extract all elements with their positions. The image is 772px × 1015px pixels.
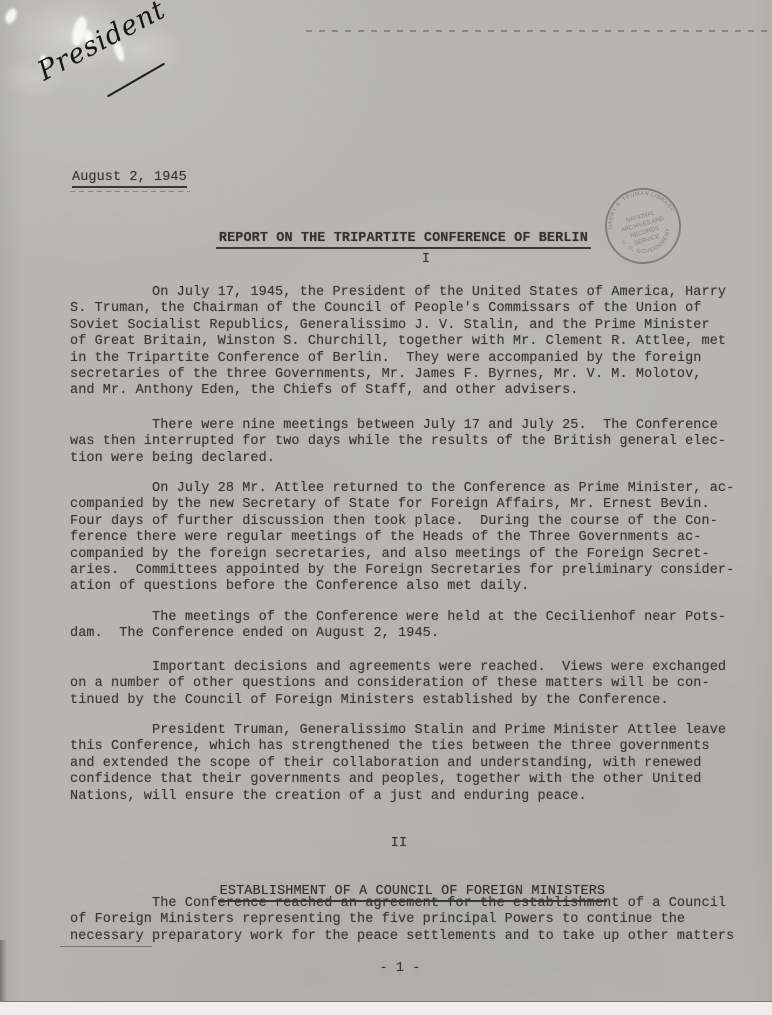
fold-crease-line [306,30,768,32]
paper-edge-shadow [0,940,7,1001]
document-date-wrap: August 2, 1945 [72,170,187,186]
section-numeral-1: I [40,252,772,268]
page-number: - 1 - [14,961,772,977]
section-numeral-2: II [13,836,772,852]
paragraph: Important decisions and agreements were … [70,660,750,709]
paragraph: There were nine meetings between July 17… [70,418,750,467]
paragraph: President Truman, Generalissimo Stalin a… [70,723,750,805]
paragraph: On July 28 Mr. Attlee returned to the Co… [70,481,750,596]
document-page: President HARRY S. TRUMAN LIBRARY U. S. … [0,0,772,1002]
stray-underline-mark [60,946,152,947]
document-date: August 2, 1945 [72,170,187,188]
paragraph: On July 17, 1945, the President of the U… [70,285,750,400]
document-title: REPORT ON THE TRIPARTITE CONFERENCE OF B… [216,231,591,249]
scanned-document: { "document": { "handwritten_annotation"… [0,0,772,1015]
paragraph: The meetings of the Conference were held… [70,610,750,643]
paragraph: The Conference reached an agreement for … [70,896,750,945]
date-second-underline [70,191,190,192]
